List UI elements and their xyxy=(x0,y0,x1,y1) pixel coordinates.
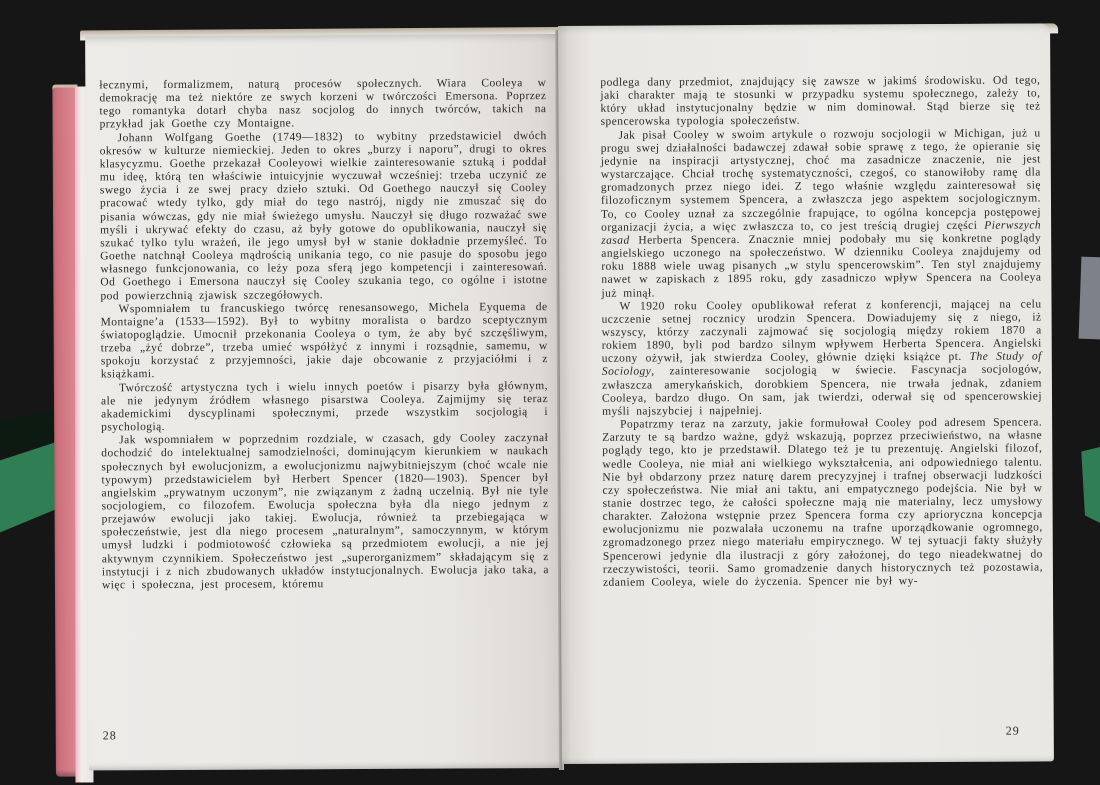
left-page-number: 28 xyxy=(103,728,117,743)
book-spread: łecznymi, formalizmem, naturą procesów s… xyxy=(52,19,1058,776)
left-page: łecznymi, formalizmem, naturą procesów s… xyxy=(85,34,562,770)
text-segment: , zainteresowanie socjologią w świecie. … xyxy=(602,364,1042,418)
paragraph: Twórczość artystyczna tych i wielu innyc… xyxy=(101,380,548,435)
paragraph: Johann Wolfgang Goethe (1749—1832) to wy… xyxy=(100,130,548,303)
page-corner-notch xyxy=(1060,730,1100,785)
text-segment: Jak wspomniałem w poprzednim rozdziale, … xyxy=(101,432,549,591)
text-segment: Twórczość artystyczna tych i wielu innyc… xyxy=(101,380,548,434)
right-page-number: 29 xyxy=(1006,724,1020,739)
paragraph: W 1920 roku Cooley opublikował referat z… xyxy=(601,298,1042,419)
right-page-text: podlega dany przedmiot, znajdujący się z… xyxy=(600,74,1043,733)
gray-tab xyxy=(1079,257,1100,340)
text-segment: Herberta Spencera. Znacznie mniej podoba… xyxy=(601,232,1041,299)
paragraph: Jak wspomniałem w poprzednim rozdziale, … xyxy=(101,432,549,592)
paragraph: Popatrzmy teraz na zarzuty, jakie formuł… xyxy=(602,417,1043,590)
text-segment: Johann Wolfgang Goethe (1749—1832) to wy… xyxy=(100,130,548,302)
text-segment: Jak pisał Cooley w swoim artykule o rozw… xyxy=(601,127,1041,233)
background: łecznymi, formalizmem, naturą procesów s… xyxy=(0,0,1100,785)
text-segment: podlega dany przedmiot, znajdujący się z… xyxy=(600,74,1040,128)
paragraph: Jak pisał Cooley w swoim artykule o rozw… xyxy=(601,127,1042,300)
right-page: podlega dany przedmiot, znajdujący się z… xyxy=(558,23,1054,764)
paragraph: łecznymi, formalizmem, naturą procesów s… xyxy=(99,77,546,132)
paragraph: Wspomniałem tu francuskiego twórcę renes… xyxy=(100,301,547,382)
paragraph: podlega dany przedmiot, znajdujący się z… xyxy=(600,74,1040,129)
green-ribbon-right xyxy=(1074,447,1100,523)
text-segment: łecznymi, formalizmem, naturą procesów s… xyxy=(99,77,546,131)
left-page-text: łecznymi, formalizmem, naturą procesów s… xyxy=(99,77,549,730)
text-segment: Wspomniałem tu francuskiego twórcę renes… xyxy=(101,301,548,381)
text-segment: Popatrzmy teraz na zarzuty, jakie formuł… xyxy=(602,417,1043,589)
